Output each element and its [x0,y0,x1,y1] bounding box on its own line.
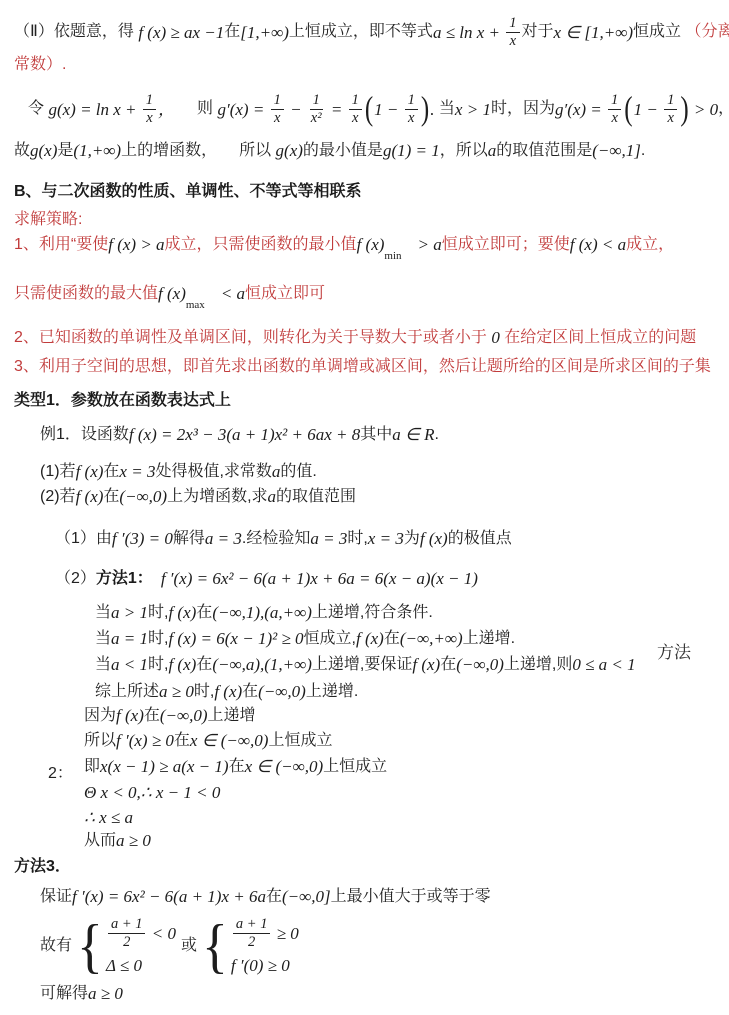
fraction-denominator: 2 [120,934,133,951]
math-run: ∴ x ≤ a [84,807,133,828]
math-run: (1,+∞) [73,140,121,161]
text-run: .经检验知 [242,529,310,549]
fraction-denominator: x [405,110,417,127]
math-run: f (x) [420,528,448,549]
text-run: ， [718,99,729,119]
text-run: (1)若 [40,462,76,482]
math-run: Δ ≤ 0 [106,955,142,976]
text-run: 的最小值是 [303,141,383,161]
math-run: x ∈ (−∞,0) [245,756,324,777]
text-run: 为 [404,529,420,549]
fraction-denominator: x [608,110,620,127]
text-run: 上最小值大于或等于零 [331,887,491,907]
text-run: 在 [242,682,258,702]
text-run: . [641,141,645,161]
answer-1: （1）由f ′(3) = 0解得a = 3.经检验知a = 3时,x = 3为f… [55,528,512,549]
method1-case2: 当a = 1时,f (x) = 6(x − 1)² ≥ 0恒成立,f (x)在(… [95,628,515,649]
part2-line2: 常数）. [14,55,66,75]
text-run: 综上所述 [95,682,159,702]
part2-line3: 令 g(x) = ln x + 1x，则 g′(x) = 1x − 1x² = … [28,92,729,126]
method2-line5: ∴ x ≤ a [84,807,133,828]
fraction: 1x [664,92,677,126]
math-run: a ≥ 0 [116,830,151,851]
fraction: 1x² [308,92,325,126]
fraction-numerator: 1 [349,92,362,110]
text-run: 在 [224,22,240,42]
fraction-denominator: x [271,110,283,127]
text-run: 恒成立, [304,629,356,649]
text-run: 即 [84,757,100,777]
math-run: g′(x) = [218,99,269,120]
red-text-run: 在给定区间上恒成立的问题 [500,328,696,348]
math-run: 0 [491,327,500,348]
method1-case3: 当a < 1时,f (x)在(−∞,a),(1,+∞)上递增,要保证f (x)在… [95,654,636,675]
part2-line1: （Ⅱ）依题意，得 f (x) ≥ ax −1在[1,+∞)上恒成立，即不等式a … [14,15,729,49]
math-run: > 0 [690,99,718,120]
answer-2-method1: （2）方法1：f ′(x) = 6x² − 6(a + 1)x + 6a = 6… [55,568,478,589]
text-run: 上递增 [208,706,256,726]
text-run: 解得 [173,529,205,549]
text-run: 则 [197,99,217,119]
text-run: 时，因为 [491,99,555,119]
text-run: 处得极值,求常数 [155,462,271,482]
math-run: f (x) [357,234,385,255]
system-brace: { [77,918,103,975]
text-run: . [434,425,438,445]
strategy-heading: 求解策略: [14,210,82,230]
open-paren: ( [365,88,373,130]
text-run: 上恒成立 [323,757,387,777]
fraction: 1x [271,92,284,126]
red-text-run: 2、已知函数的单调性及单调区间，则转化为关于导数大于或者小于 [14,328,491,348]
math-run: a [272,461,281,482]
math-run: f (x) [76,486,104,507]
text-run: 当 [434,99,454,119]
fraction-denominator: x [349,110,361,127]
math-run: a < 1 [111,654,148,675]
text-run: 在 [196,655,212,675]
example1-q2: (2)若f (x)在(−∞,0)上为增函数,求a的取值范围 [40,486,356,507]
math-run: [1,+∞) [240,22,289,43]
fraction-denominator: 2 [245,934,258,951]
math-run: Θ x < 0,∴ x − 1 < 0 [84,782,220,803]
math-run: a ∈ R [392,424,434,445]
system-rows: a + 12 < 0Δ ≤ 0 [106,916,176,977]
text-run: 上递增. [463,629,515,649]
system-brace: { [202,918,228,975]
fraction-denominator: x [507,33,519,50]
math-run: f (x) [214,681,242,702]
math-run: (−∞,1] [592,140,641,161]
strategy-2: 2、已知函数的单调性及单调区间，则转化为关于导数大于或者小于 0 在给定区间上恒… [14,327,696,348]
method2-line1: 因为f (x)在(−∞,0)上递增 [84,705,256,726]
text-run: （Ⅱ）依题意，得 [14,22,138,42]
red-text-run: 常数）. [14,55,66,75]
system-row: f ′(0) ≥ 0 [231,955,299,976]
math-run: f ′(3) = 0 [112,528,173,549]
math-run: f (x) ≥ ax −1 [138,22,224,43]
math-run: g′(x) = [555,99,606,120]
text-run: 从而 [84,831,116,851]
method3-result: 可解得a ≥ 0 [40,983,123,1004]
text-run: 2： [48,764,73,784]
paren-group: (1 − 1x) [623,92,689,126]
math-run: x = 3 [119,461,155,482]
text-run: 对于 [522,22,554,42]
math-run: a ≤ ln x + [433,22,504,43]
math-run: f (x) [168,654,196,675]
method3-system: 故有{a + 12 < 0Δ ≤ 0或{a + 12 ≥ 0f ′(0) ≥ 0 [40,916,304,977]
red-text-run: （分离 [685,22,729,42]
fraction: a + 12 [233,916,271,950]
text-run: 上的增函数， [121,141,217,161]
math-run: f (x) [356,628,384,649]
math-run: f (x) [168,602,196,623]
text-run: 在 [384,629,400,649]
text-run: 在 [440,655,456,675]
text-run: 故 [14,141,30,161]
math-run: < 0 [147,923,175,944]
text-run: 上恒成立，即不等式 [289,22,433,42]
text-run: 令 [28,99,48,119]
text-run: 或 [181,936,197,956]
math-run: a = 1 [111,628,148,649]
text-run: （1）由 [55,529,112,549]
math-run: f ′(0) ≥ 0 [231,955,290,976]
red-text-run: 求解策略: [14,210,82,230]
text-run: 当 [95,655,111,675]
math-run: (−∞,+∞) [400,628,463,649]
fraction: 1x [143,92,156,126]
fraction: 1x [506,15,519,49]
text-run: 所以 [84,731,116,751]
math-run: x ∈ [1,+∞) [554,22,633,43]
text-run: 上为增函数,求 [167,487,267,507]
math-run: f (x) > a [108,234,164,255]
system-rows: a + 12 ≥ 0f ′(0) ≥ 0 [231,916,299,977]
text-run: 保证 [40,887,72,907]
math-run: x = 3 [368,528,404,549]
text-run: 因为 [84,706,116,726]
text-run: 上递增. [306,682,358,702]
text-run: 上恒成立 [268,731,332,751]
text-run: 的取值范围 [276,487,356,507]
math-run: f (x) [76,461,104,482]
math-run: a ≥ 0 [88,983,123,1004]
text-run: 例1．设函数 [40,425,129,445]
math-run: g(x) [30,140,57,161]
strategy-3: 3、利用子空间的思想，即首先求出函数的单调增或减区间，然后让题所给的区间是所求区… [14,357,711,377]
document-page: 方法 （Ⅱ）依题意，得 f (x) ≥ ax −1在[1,+∞)上恒成立，即不等… [0,0,729,1015]
math-run: f ′(x) = 6x² − 6(a + 1)x + 6a = 6(x − a)… [161,568,478,589]
math-run: g(x) = ln x + [48,99,140,120]
text-run: 其中 [360,425,392,445]
inequality-system: {a + 12 ≥ 0f ′(0) ≥ 0 [202,916,299,977]
fraction: 1x [349,92,362,126]
example1: 例1．设函数f (x) = 2x³ − 3(a + 1)x² + 6ax + 8… [40,424,439,445]
red-text-run: 只需使函数的最大值 [14,284,158,304]
math-run: ， [158,99,175,120]
math-run: < a [221,283,245,304]
inequality-system: {a + 12 < 0Δ ≤ 0 [77,916,176,977]
bold-text-run: 方法1： [96,569,153,589]
fraction-numerator: 1 [143,92,156,110]
red-text-run: 恒成立即可；要使 [442,235,570,255]
text-run: 时, [148,603,168,623]
strategy-1b: 只需使函数的最大值f (x)max< a恒成立即可 [14,283,325,304]
math-run: f ′(x) = 6x² − 6(a + 1)x + 6a [72,886,266,907]
fraction: 1x [608,92,621,126]
text-run: 的值. [280,462,316,482]
fraction-numerator: 1 [664,92,677,110]
fraction-denominator: x [665,110,677,127]
fraction-numerator: 1 [506,15,519,33]
text-run: 当 [95,603,111,623]
method2-line6: 从而a ≥ 0 [84,830,151,851]
math-run: (−∞,0) [119,486,167,507]
math-run: a = 3 [205,528,242,549]
type1-heading: 类型1．参数放在函数表达式上 [14,391,231,411]
fraction-denominator: x² [308,110,325,127]
text-run: 所以 [239,141,275,161]
text-run: 在 [196,603,212,623]
math-run: (−∞,a),(1,+∞) [212,654,312,675]
math-run: f (x) = 6(x − 1)² ≥ 0 [168,628,303,649]
math-run: f (x) [116,705,144,726]
text-run: 的取值范围是 [496,141,592,161]
red-text-run: 成立，只需使函数的最小值 [165,235,357,255]
strategy-1a: 1、利用“要使f (x) > a成立，只需使函数的最小值f (x)min> a恒… [14,234,674,255]
text-run: （2） [55,569,96,589]
bold-text-run: 方法3． [14,857,71,877]
method2-line2: 所以f ′(x) ≥ 0在x ∈ (−∞,0)上恒成立 [84,730,332,751]
text-run: 在 [266,887,282,907]
red-text-run: 1、利用“要使 [14,235,108,255]
text-run: ，所以 [440,141,488,161]
method3-heading: 方法3． [14,857,71,877]
bold-text-run: B、与二次函数的性质、单调性、不等式等相联系 [14,182,362,202]
text-run: 在 [174,731,190,751]
text-run: 上递增,则 [504,655,572,675]
fraction-numerator: a + 1 [233,916,271,934]
math-run: a > 1 [111,602,148,623]
math-run: f (x) < a [570,234,626,255]
open-paren: ( [624,88,632,130]
math-run: f (x) [158,283,186,304]
math-run: 1 − [374,99,402,120]
side-method-label: 方法 [657,638,691,663]
math-run: g(1) = 1 [383,140,440,161]
system-row: Δ ≤ 0 [106,955,176,976]
text-run: (2)若 [40,487,76,507]
subscript: min [384,250,401,264]
math-run: a [268,486,277,507]
fraction-numerator: 1 [608,92,621,110]
paren-group: (1 − 1x) [364,92,430,126]
method1-case1: 当a > 1时,f (x)在(−∞,1),(a,+∞)上递增,符合条件. [95,602,433,623]
red-text-run: 恒成立即可 [245,284,325,304]
text-run: 故有 [40,936,72,956]
text-run: 时, [148,629,168,649]
math-run: (−∞,1),(a,+∞) [212,602,312,623]
fraction-numerator: a + 1 [108,916,146,934]
math-run: x ∈ (−∞,0) [190,730,269,751]
subscript: max [186,299,205,313]
math-run: > a [418,234,442,255]
red-text-run: 成立， [626,235,674,255]
close-paren: ) [421,88,429,130]
text-run: 可解得 [40,984,88,1004]
math-run: f (x) = 2x³ − 3(a + 1)x² + 6ax + 8 [129,424,360,445]
fraction: a + 12 [108,916,146,950]
text-run: 时, [347,529,367,549]
fraction-denominator: x [143,110,155,127]
math-run: 1 − [634,99,662,120]
example1-q1: (1)若f (x)在x = 3处得极值,求常数a的值. [40,461,317,482]
math-run: g(x) [276,140,303,161]
method2-line4: Θ x < 0,∴ x − 1 < 0 [84,782,220,803]
text-run: 在 [103,487,119,507]
math-run: a [488,140,497,161]
fraction-numerator: 1 [405,92,418,110]
system-row: a + 12 < 0 [106,916,176,950]
math-run: (−∞,0] [282,886,331,907]
method2-line3: 即x(x − 1) ≥ a(x − 1)在x ∈ (−∞,0)上恒成立 [84,756,387,777]
red-text-run: 3、利用子空间的思想，即首先求出函数的单调增或减区间，然后让题所给的区间是所求区… [14,357,711,377]
section-b-heading: B、与二次函数的性质、单调性、不等式等相联系 [14,182,362,202]
method3-line1: 保证f ′(x) = 6x² − 6(a + 1)x + 6a在(−∞,0]上最… [40,886,491,907]
text-run: 当 [95,629,111,649]
math-run: ≥ 0 [272,923,298,944]
fraction-numerator: 1 [271,92,284,110]
fraction-numerator: 1 [310,92,323,110]
fraction: 1x [405,92,418,126]
math-run: (−∞,0) [160,705,208,726]
close-paren: ) [680,88,688,130]
part2-line4: 故g(x)是(1,+∞)上的增函数，所以 g(x)的最小值是g(1) = 1，所… [14,140,645,161]
math-run: x(x − 1) ≥ a(x − 1) [100,756,229,777]
math-run: (−∞,0) [258,681,306,702]
math-run: x > 1 [455,99,491,120]
math-run: 0 ≤ a < 1 [572,654,635,675]
text-run: 上递增,要保证 [312,655,412,675]
math-run: (−∞,0) [456,654,504,675]
system-row: a + 12 ≥ 0 [231,916,299,950]
text-run: 的极值点 [448,529,512,549]
math-run: a = 3 [310,528,347,549]
method2-label: 2： [48,764,73,784]
bold-text-run: 类型1．参数放在函数表达式上 [14,391,231,411]
math-run: a ≥ 0 [159,681,194,702]
text-run: 上递增,符合条件. [312,603,433,623]
text-run: 在 [103,462,119,482]
text-run: 时, [194,682,214,702]
text-run: 在 [229,757,245,777]
method1-summary: 综上所述a ≥ 0时,f (x)在(−∞,0)上递增. [95,681,358,702]
text-run: 在 [144,706,160,726]
text-run: 恒成立 [633,22,685,42]
text-run: 时, [148,655,168,675]
math-run: f (x) [412,654,440,675]
math-run: = [327,99,347,120]
math-run: − [286,99,306,120]
math-run: f ′(x) ≥ 0 [116,730,174,751]
text-run: 是 [57,141,73,161]
